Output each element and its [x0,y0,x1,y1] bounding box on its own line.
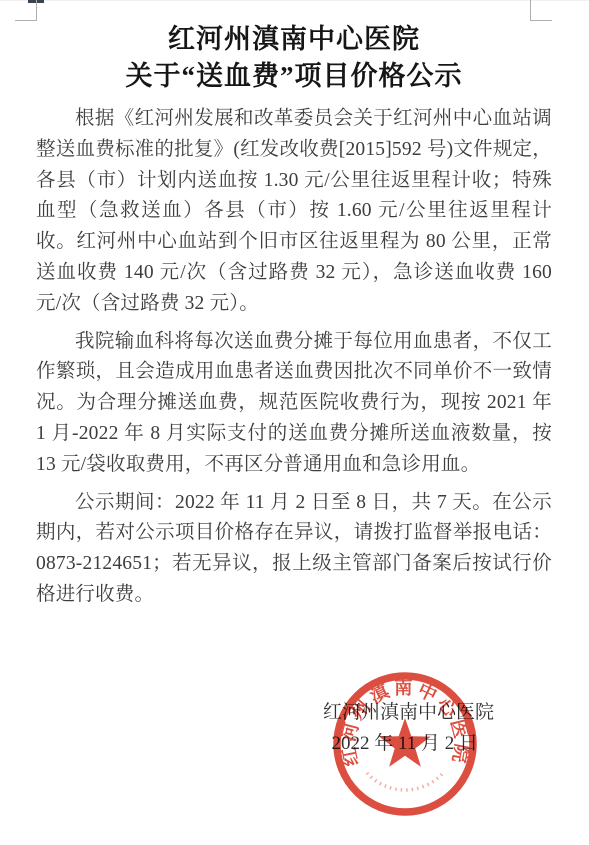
seal-bottom-marks [367,773,443,790]
document-body: 红河州滇南中心医院 关于“送血费”项目价格公示 根据《红河州发展和改革委员会关于… [36,21,552,759]
document-page: { "document": { "title_line1": "红河州滇南中心医… [0,0,589,845]
paragraph-1: 根据《红河州发展和改革委员会关于红河州中心血站调整送血费标准的批复》(红发改收费… [36,104,552,320]
signature-block: 红河州滇南中心医院 2022 年 11 月 2 日 [36,697,552,759]
paragraph-2: 我院输血科将每次送血费分摊于每位用血患者，不仅工作繁琐，且会造成用血患者送血费因… [36,327,552,481]
signature-date: 2022 年 11 月 2 日 [36,728,552,759]
signature-org: 红河州滇南中心医院 [36,697,552,728]
page-top-edge [0,0,589,1]
margin-crop-mark-left [15,0,37,21]
margin-crop-mark-right [530,0,552,21]
doc-title-line-1: 红河州滇南中心医院 [36,21,552,58]
doc-paragraphs: 根据《红河州发展和改革委员会关于红河州中心血站调整送血费标准的批复》(红发改收费… [36,104,552,611]
doc-title-line-2: 关于“送血费”项目价格公示 [36,58,552,95]
paragraph-3: 公示期间：2022 年 11 月 2 日至 8 日，共 7 天。在公示期内，若对… [36,488,552,611]
